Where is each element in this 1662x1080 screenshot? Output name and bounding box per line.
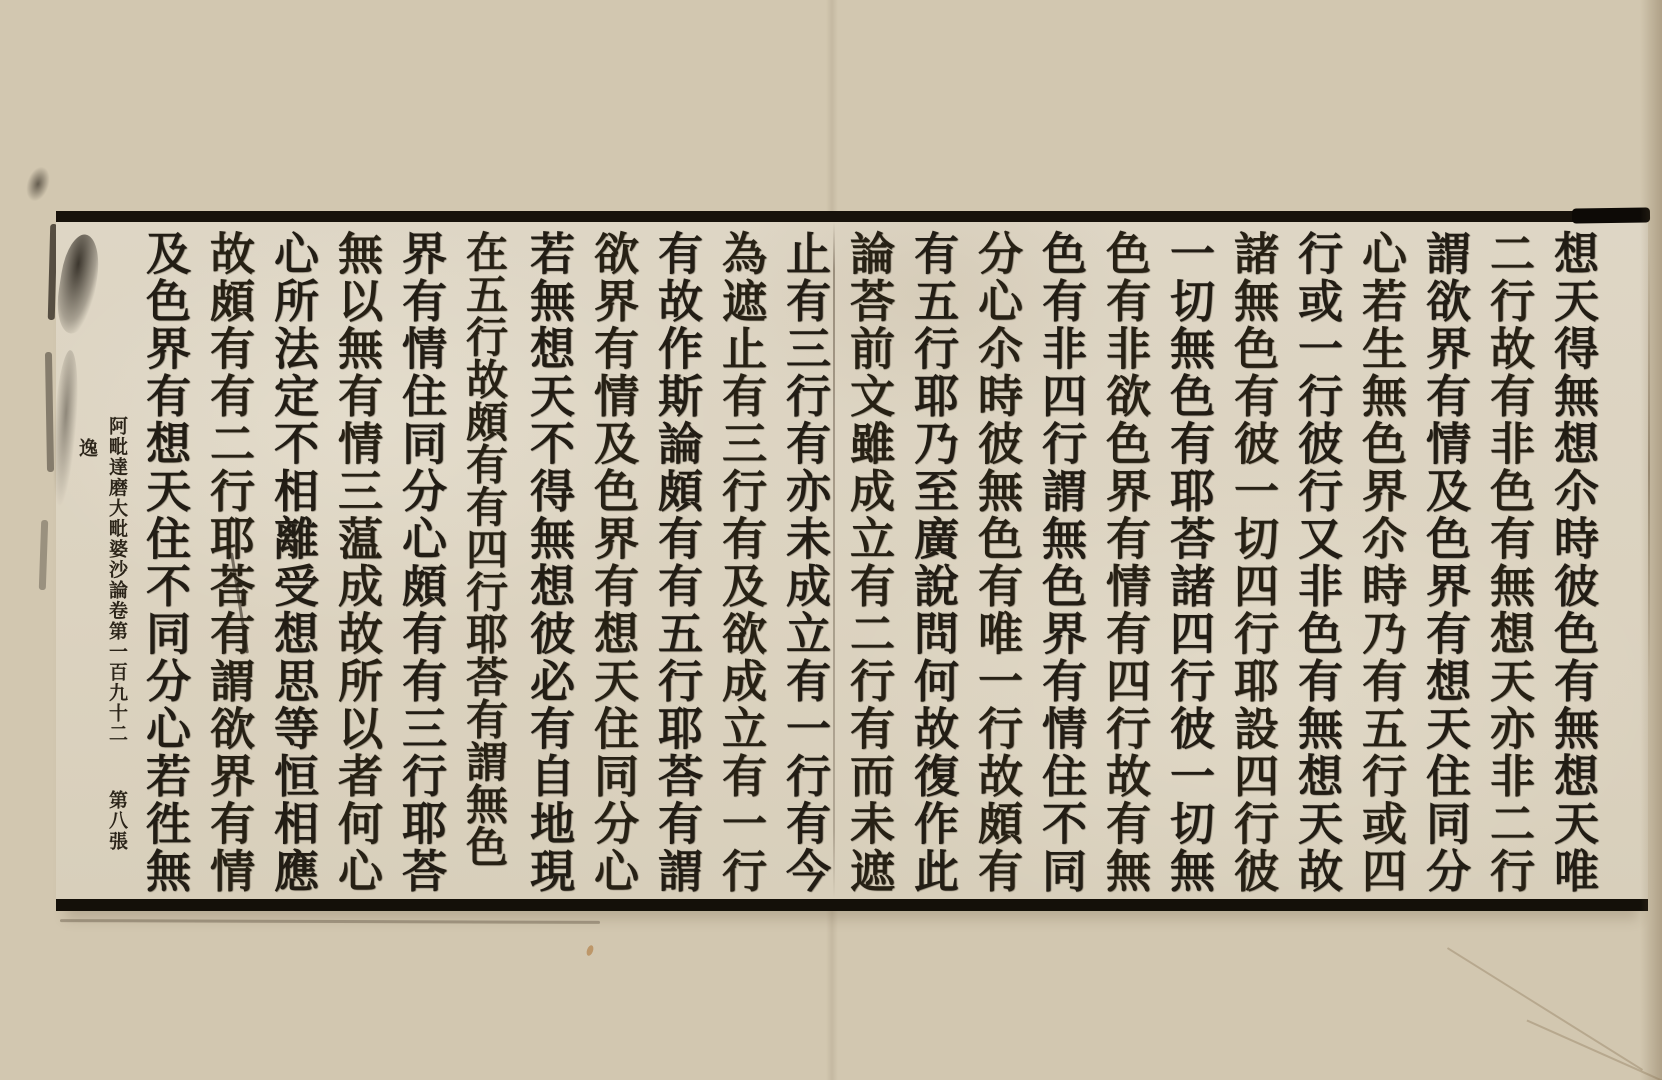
text-column-3: 謂欲界有情及色界有想天住同分 xyxy=(1412,230,1476,900)
ink-smudge xyxy=(52,232,103,336)
case-character: 逸 xyxy=(72,438,102,459)
text-column-12: 論荅前文雖成立有二行有而未遮 xyxy=(836,230,900,900)
text-column-21: 心所法定不相離受想思等恒相應 xyxy=(260,230,324,900)
sheet-number: 第八張 xyxy=(102,790,132,852)
colophon-title: 阿毗達磨大毗婆沙論卷第一百九十二 xyxy=(102,416,132,744)
paper-fleck xyxy=(585,944,594,956)
text-column-2: 二行故有非色有無想天亦非二行 xyxy=(1476,230,1540,900)
paper-background: 想天得無想尒時彼色有無想天唯 二行故有非色有無想天亦非二行 謂欲界有情及色界有想… xyxy=(0,0,1662,1080)
text-column-1: 想天得無想尒時彼色有無想天唯 xyxy=(1540,230,1604,900)
text-column-20: 無以無有情三蕰成故所以者何心 xyxy=(324,230,388,900)
text-column-5: 行或一行彼行又非色有無想天故 xyxy=(1284,230,1348,900)
right-page-edge-shading xyxy=(1640,0,1662,1080)
text-column-22: 故頗有有二行耶荅有謂欲界有情 xyxy=(196,230,260,900)
text-column-17: 若無想天不得無想彼必有自地現 xyxy=(516,230,580,900)
right-edge-crease xyxy=(1648,250,1650,690)
print-frame: 想天得無想尒時彼色有無想天唯 二行故有非色有無想天亦非二行 謂欲界有情及色界有想… xyxy=(56,211,1648,911)
text-column-7: 一切無色有耶荅諸四行彼一切無 xyxy=(1156,230,1220,900)
text-column-11: 有五行耶乃至廣說問何故復作此 xyxy=(900,230,964,900)
text-column-19: 界有情住同分心頗有有三行耶荅 xyxy=(388,230,452,900)
text-column-8: 色有非欲色界有情有四行故有無 xyxy=(1092,230,1156,900)
colophon-column: 阿毗達磨大毗婆沙論卷第一百九十二 第八張 逸 xyxy=(100,416,132,902)
text-block: 想天得無想尒時彼色有無想天唯 二行故有非色有無想天亦非二行 謂欲界有情及色界有想… xyxy=(100,230,1604,902)
text-column-18: 在五行故頗有有四行耶荅有謂無色 xyxy=(452,230,516,900)
text-column-4: 心若生無色界尒時乃有五行或四 xyxy=(1348,230,1412,900)
text-column-6: 諸無色有彼一切四行耶設四行彼 xyxy=(1220,230,1284,900)
text-column-15: 有故作斯論頗有有五行耶荅有謂 xyxy=(644,230,708,900)
text-column-9: 色有非四行謂無色界有情住不同 xyxy=(1028,230,1092,900)
ink-spot xyxy=(22,163,54,204)
corner-crease xyxy=(1447,947,1643,1071)
text-column-10: 分心尒時彼無色有唯一行故頗有 xyxy=(964,230,1028,900)
text-column-23: 及色界有想天住不同分心若徃無 xyxy=(132,230,196,900)
text-column-13: 止有三行有亦未成立有一行有今 xyxy=(772,230,836,900)
left-border-fragment xyxy=(39,520,48,590)
text-column-16: 欲界有情及色界有想天住同分心 xyxy=(580,230,644,900)
text-column-14: 為遮止有三行有及欲成立有一行 xyxy=(708,230,772,900)
